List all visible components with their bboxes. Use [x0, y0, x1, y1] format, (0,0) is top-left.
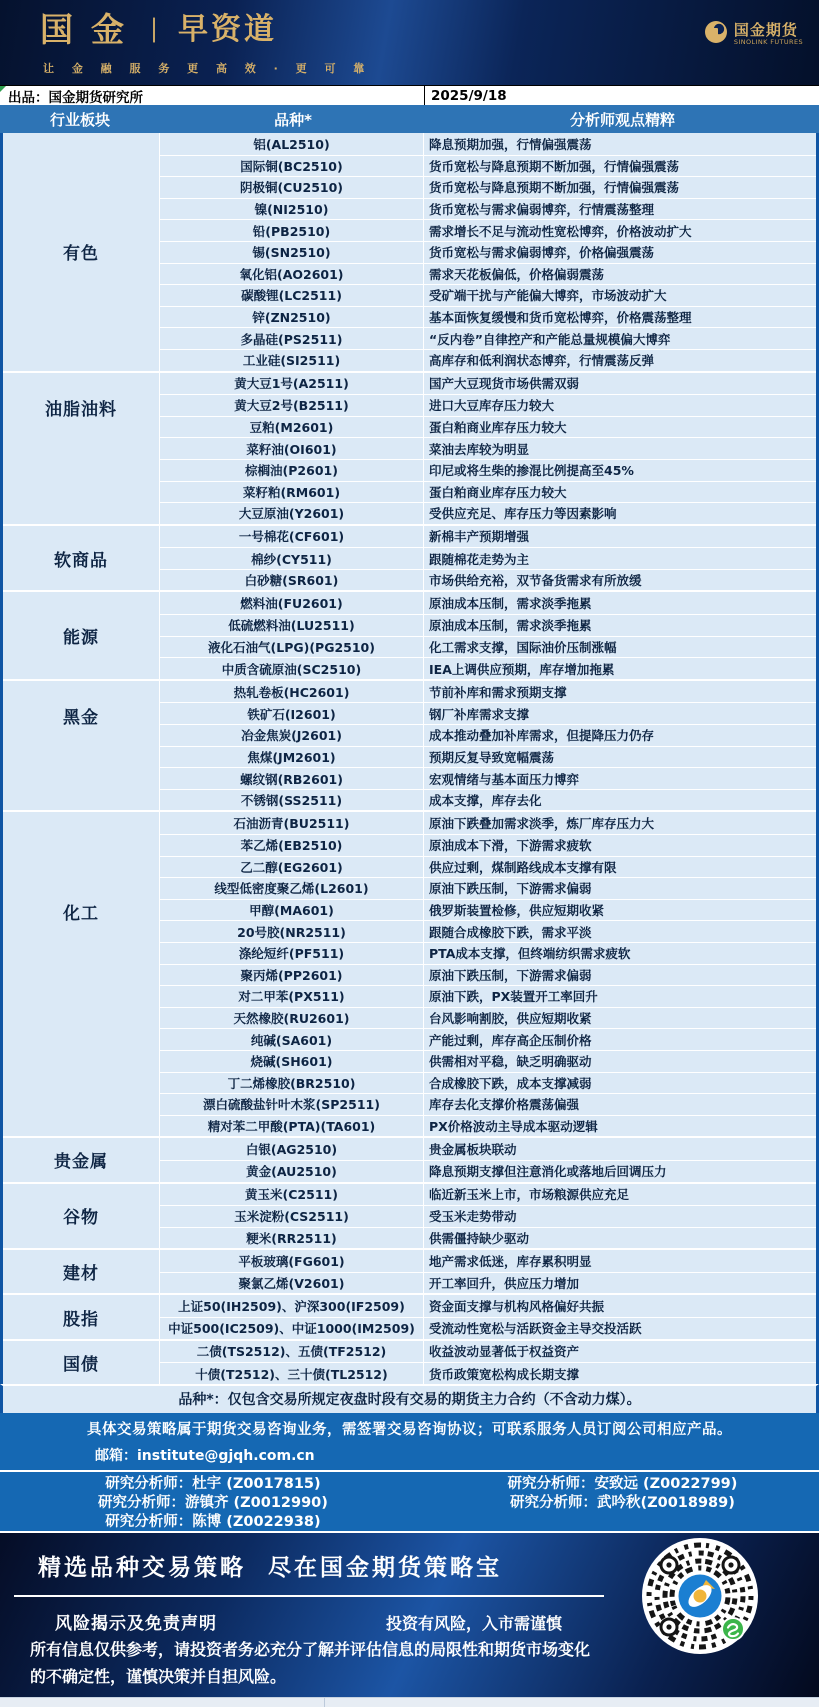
table-row: 锌(ZN2510)基本面恢复缓慢和货币宽松博弈，价格震荡整理 [160, 306, 816, 328]
analyst-view-cell: 蛋白粕商业库存压力较大 [424, 482, 816, 503]
table-row: 漂白硫酸盐针叶木浆(SP2511)库存去化支撑价格震荡偏强 [160, 1093, 816, 1115]
table-row: 燃料油(FU2601)原油成本压制，需求淡季拖累 [160, 592, 816, 614]
analyst-view-cell: PTA成本支撑，但终端纺织需求疲软 [424, 943, 816, 964]
product-cell: 低硫燃料油(LU2511) [160, 615, 424, 636]
product-cell: 锡(SN2510) [160, 242, 424, 263]
sector-rows: 二债(TS2512)、五债(TF2512)收益波动显著低于权益资产十债(T251… [160, 1341, 816, 1384]
strip-segment [0, 1698, 325, 1707]
table-row: 黄金(AU2510)降息预期支撑但注意消化或落地后回调压力 [160, 1160, 816, 1182]
product-cell: 大豆原油(Y2601) [160, 503, 424, 524]
product-cell: 燃料油(FU2601) [160, 592, 424, 614]
analyst-view-cell: 国产大豆现货市场供需双弱 [424, 373, 816, 395]
table-header-row: 行业板块 品种* 分析师观点精粹 [0, 105, 819, 133]
analyst-view-cell: 货币宽松与需求偏弱博弈，价格偏强震荡 [424, 242, 816, 263]
sector-group: 谷物黄玉米(C2511)临近新玉米上市，市场粮源供应充足玉米淀粉(CS2511)… [3, 1182, 816, 1249]
table-row: 棉纱(CY511)跟随棉花走势为主 [160, 547, 816, 569]
product-cell: 聚氯乙烯(V2601) [160, 1273, 424, 1294]
product-cell: 白银(AG2510) [160, 1138, 424, 1160]
table-row: 螺纹钢(RB2601)宏观情绪与基本面压力博弈 [160, 767, 816, 789]
sector-rows: 石油沥青(BU2511)原油下跌叠加需求淡季，炼厂库存压力大苯乙烯(EB2510… [160, 812, 816, 1136]
product-cell: 阴极铜(CU2510) [160, 177, 424, 198]
sector-cell: 黑金 [3, 681, 160, 811]
product-cell: 碳酸锂(LC2511) [160, 285, 424, 306]
analyst-entry: 研究分析师：武吟秋(Z0018989) [510, 1494, 735, 1513]
product-cell: 黄金(AU2510) [160, 1161, 424, 1182]
table-row: 阴极铜(CU2510)货币宽松与降息预期不断加强，行情偏强震荡 [160, 176, 816, 198]
analyst-view-cell: 宏观情绪与基本面压力博弈 [424, 768, 816, 789]
analyst-view-cell: 原油成本压制，需求淡季拖累 [424, 592, 816, 614]
analyst-entry: 研究分析师：安致远 (Z0022799) [507, 1475, 737, 1494]
product-cell: 豆粕(M2601) [160, 417, 424, 438]
product-cell: 漂白硫酸盐针叶木浆(SP2511) [160, 1094, 424, 1115]
product-cell: 黄大豆2号(B2511) [160, 395, 424, 416]
analyst-view-cell: 库存去化支撑价格震荡偏强 [424, 1094, 816, 1115]
sector-cell: 有色 [3, 133, 160, 371]
sector-rows: 白银(AG2510)贵金属板块联动黄金(AU2510)降息预期支撑但注意消化或落… [160, 1138, 816, 1181]
analyst-view-cell: 原油成本下滑，下游需求疲软 [424, 835, 816, 856]
promo-disclaimer-section: 精选品种交易策略 尽在国金期货策略宝 风险揭示及免责声明 投资有风险，入市需谨慎… [0, 1533, 819, 1697]
analyst-view-cell: “反内卷”自律控产和产能总量规模偏大博弈 [424, 328, 816, 349]
corner-brand-text: 国金期货 SINOLINK FUTURES [734, 22, 803, 46]
product-cell: 线型低密度聚乙烯(L2601) [160, 878, 424, 899]
sector-group: 能源燃料油(FU2601)原油成本压制，需求淡季拖累低硫燃料油(LU2511)原… [3, 590, 816, 678]
analyst-view-cell: 成本支撑，库存去化 [424, 790, 816, 811]
product-cell: 棕榈油(P2601) [160, 460, 424, 481]
analyst-view-cell: 开工率回升，供应压力增加 [424, 1273, 816, 1294]
wechat-icon [722, 1618, 744, 1640]
table-row: 十债(T2512)、三十债(TL2512)货币政策宽松构成长期支撑 [160, 1362, 816, 1384]
meta-bar: 出品：国金期货研究所 2025/9/18 [0, 85, 819, 105]
analyst-view-cell: 受矿端干扰与产能偏大博弈，市场波动扩大 [424, 285, 816, 306]
product-cell: 对二甲苯(PX511) [160, 986, 424, 1007]
table-row: 一号棉花(CF601)新棉丰产预期增强 [160, 526, 816, 548]
table-row: 菜籽粕(RM601)蛋白粕商业库存压力较大 [160, 481, 816, 503]
sector-cell: 软商品 [3, 526, 160, 591]
contact-band: 具体交易策略属于期货交易咨询业务，需签署交易咨询协议；可联系服务人员订阅公司相应… [0, 1413, 819, 1533]
product-cell: 聚丙烯(PP2601) [160, 965, 424, 986]
cell-flag-icon [0, 86, 6, 92]
table-row: 精对苯二甲酸(PTA)(TA601)PX价格波动主导成本驱动逻辑 [160, 1115, 816, 1137]
analyst-view-cell: PX价格波动主导成本驱动逻辑 [424, 1116, 816, 1137]
analyst-view-cell: 贵金属板块联动 [424, 1138, 816, 1160]
table-row: 铁矿石(I2601)钢厂补库需求支撑 [160, 702, 816, 724]
table-row: 对二甲苯(PX511)原油下跌，PX装置开工率回升 [160, 985, 816, 1007]
table-row: 菜籽油(OI601)菜油去库较为明显 [160, 437, 816, 459]
analyst-view-cell: 节前补库和需求预期支撑 [424, 681, 816, 703]
analyst-view-cell: 新棉丰产预期增强 [424, 526, 816, 548]
sector-cell: 油脂油料 [3, 373, 160, 524]
coin-icon [704, 20, 728, 48]
table-row: 中质含硫原油(SC2510)IEA上调供应预期，库存增加拖累 [160, 657, 816, 679]
table-row: 中证500(IC2509)、中证1000(IM2509)受流动性宽松与活跃资金主… [160, 1317, 816, 1339]
analyst-view-cell: 原油下跌，PX装置开工率回升 [424, 986, 816, 1007]
bottom-strip [0, 1697, 819, 1707]
slogan-underline [14, 1595, 604, 1597]
producer-label: 出品：国金期货研究所 [0, 86, 424, 106]
risk-disclaimer-body: 所有信息仅供参考，请投资者务必充分了解并评估信息的局限性和期货市场变化的不确定性… [30, 1636, 602, 1690]
corner-brand: 国金期货 SINOLINK FUTURES [704, 20, 803, 48]
table-row: 国际铜(BC2510)货币宽松与降息预期不断加强，行情偏强震荡 [160, 155, 816, 177]
analyst-view-cell: 供需僵持缺少驱动 [424, 1228, 816, 1249]
product-cell: 玉米淀粉(CS2511) [160, 1206, 424, 1227]
product-cell: 乙二醇(EG2601) [160, 857, 424, 878]
analyst-view-cell: 成本推动叠加补库需求，但提降压力仍存 [424, 725, 816, 746]
sector-cell: 建材 [3, 1250, 160, 1293]
table-row: 焦煤(JM2601)预期反复导致宽幅震荡 [160, 746, 816, 768]
sector-rows: 黄玉米(C2511)临近新玉米上市，市场粮源供应充足玉米淀粉(CS2511)受玉… [160, 1184, 816, 1249]
table-row: 苯乙烯(EB2510)原油成本下滑，下游需求疲软 [160, 834, 816, 856]
product-cell: 粳米(RR2511) [160, 1228, 424, 1249]
sector-group: 贵金属白银(AG2510)贵金属板块联动黄金(AU2510)降息预期支撑但注意消… [3, 1136, 816, 1181]
analyst-view-cell: 地产需求低迷，库存累积明显 [424, 1250, 816, 1272]
analyst-entry: 研究分析师：游镇齐 (Z0012990) [98, 1494, 328, 1513]
product-cell: 菜籽粕(RM601) [160, 482, 424, 503]
table-row: 冶金焦炭(J2601)成本推动叠加补库需求，但提降压力仍存 [160, 724, 816, 746]
table-row: 豆粕(M2601)蛋白粕商业库存压力较大 [160, 416, 816, 438]
contact-divider [0, 1470, 819, 1472]
table-row: 低硫燃料油(LU2511)原油成本压制，需求淡季拖累 [160, 614, 816, 636]
product-cell: 螺纹钢(RB2601) [160, 768, 424, 789]
analyst-view-cell: 原油下跌叠加需求淡季，炼厂库存压力大 [424, 812, 816, 834]
product-cell: 上证50(IH2509)、沪深300(IF2509) [160, 1295, 424, 1317]
analyst-view-cell: 进口大豆库存压力较大 [424, 395, 816, 416]
analyst-view-cell: 收益波动显著低于权益资产 [424, 1341, 816, 1363]
product-cell: 20号胶(NR2511) [160, 921, 424, 942]
col-header-view: 分析师观点精粹 [426, 105, 819, 133]
table-row: 天然橡胶(RU2601)台风影响割胶，供应短期收紧 [160, 1007, 816, 1029]
analyst-view-cell: 需求增长不足与流动性宽松博弈，价格波动扩大 [424, 220, 816, 241]
analyst-view-cell: 货币政策宽松构成长期支撑 [424, 1363, 816, 1384]
risk-caution: 投资有风险，入市需谨慎 [386, 1611, 562, 1634]
sector-rows: 一号棉花(CF601)新棉丰产预期增强棉纱(CY511)跟随棉花走势为主白砂糖(… [160, 526, 816, 591]
table-row: 锡(SN2510)货币宽松与需求偏弱博弈，价格偏强震荡 [160, 241, 816, 263]
analyst-view-cell: 预期反复导致宽幅震荡 [424, 747, 816, 768]
sector-group: 油脂油料黄大豆1号(A2511)国产大豆现货市场供需双弱黄大豆2号(B2511)… [3, 371, 816, 524]
product-cell: 苯乙烯(EB2510) [160, 835, 424, 856]
product-cell: 二债(TS2512)、五债(TF2512) [160, 1341, 424, 1363]
logo-divider: ｜ [142, 11, 166, 46]
analyst-list: 研究分析师：杜宇 (Z0017815) 研究分析师：游镇齐 (Z0012990)… [0, 1475, 819, 1532]
table-row: 棕榈油(P2601)印尼或将生柴的掺混比例提高至45% [160, 459, 816, 481]
analyst-view-cell: 跟随棉花走势为主 [424, 548, 816, 569]
product-cell: 甲醇(MA601) [160, 900, 424, 921]
product-cell: 铁矿石(I2601) [160, 703, 424, 724]
product-cell: 中质含硫原油(SC2510) [160, 658, 424, 679]
table-row: 20号胶(NR2511)跟随合成橡胶下跌，需求平淡 [160, 920, 816, 942]
table-row: 线型低密度聚乙烯(L2601)原油下跌压制，下游需求偏弱 [160, 877, 816, 899]
table-row: 工业硅(SI2511)高库存和低利润状态博弈，行情震荡反弹 [160, 349, 816, 371]
product-cell: 十债(T2512)、三十债(TL2512) [160, 1363, 424, 1384]
sector-rows: 热轧卷板(HC2601)节前补库和需求预期支撑铁矿石(I2601)钢厂补库需求支… [160, 681, 816, 811]
analyst-view-cell: 产能过剩，库存高企压制价格 [424, 1029, 816, 1050]
analyst-view-cell: 货币宽松与需求偏弱博弈，行情震荡整理 [424, 199, 816, 220]
table-row: 二债(TS2512)、五债(TF2512)收益波动显著低于权益资产 [160, 1341, 816, 1363]
table-row: 黄大豆2号(B2511)进口大豆库存压力较大 [160, 394, 816, 416]
analyst-view-cell: 资金面支撑与机构风格偏好共振 [424, 1295, 816, 1317]
product-cell: 锌(ZN2510) [160, 307, 424, 328]
table-row: 玉米淀粉(CS2511)受玉米走势带动 [160, 1205, 816, 1227]
product-cell: 国际铜(BC2510) [160, 156, 424, 177]
product-cell: 冶金焦炭(J2601) [160, 725, 424, 746]
product-cell: 中证500(IC2509)、中证1000(IM2509) [160, 1318, 424, 1339]
product-cell: 丁二烯橡胶(BR2510) [160, 1073, 424, 1094]
table-row: 粳米(RR2511)供需僵持缺少驱动 [160, 1227, 816, 1249]
sector-cell: 能源 [3, 592, 160, 678]
table-row: 乙二醇(EG2601)供应过剩，煤制路线成本支撑有限 [160, 856, 816, 878]
table-row: 涤纶短纤(PF511)PTA成本支撑，但终端纺织需求疲软 [160, 942, 816, 964]
table-row: 黄玉米(C2511)临近新玉米上市，市场粮源供应充足 [160, 1184, 816, 1206]
product-cell: 黄玉米(C2511) [160, 1184, 424, 1206]
product-cell: 热轧卷板(HC2601) [160, 681, 424, 703]
product-cell: 白砂糖(SR601) [160, 570, 424, 591]
qr-code [641, 1537, 759, 1655]
table-row: 镍(NI2510)货币宽松与需求偏弱博弈，行情震荡整理 [160, 198, 816, 220]
sector-rows: 黄大豆1号(A2511)国产大豆现货市场供需双弱黄大豆2号(B2511)进口大豆… [160, 373, 816, 524]
analyst-view-cell: 供应过剩，煤制路线成本支撑有限 [424, 857, 816, 878]
table-row: 甲醇(MA601)俄罗斯装置检修，供应短期收紧 [160, 899, 816, 921]
sector-cell: 化工 [3, 812, 160, 1136]
col-header-sector: 行业板块 [0, 105, 160, 133]
analyst-view-cell: 菜油去库较为明显 [424, 438, 816, 459]
logo-guojin-text: 国金 [40, 10, 142, 50]
brand-name-en: SINOLINK FUTURES [734, 39, 803, 46]
sector-rows: 上证50(IH2509)、沪深300(IF2509)资金面支撑与机构风格偏好共振… [160, 1295, 816, 1338]
analyst-column-left: 研究分析师：杜宇 (Z0017815) 研究分析师：游镇齐 (Z0012990)… [0, 1475, 426, 1532]
analyst-view-cell: 原油下跌压制，下游需求偏弱 [424, 965, 816, 986]
table-row: 平板玻璃(FG601)地产需求低迷，库存累积明显 [160, 1250, 816, 1272]
table-row: 铝(AL2510)降息预期加强，行情偏强震荡 [160, 133, 816, 155]
subscription-notice: 具体交易策略属于期货交易咨询业务，需签署交易咨询协议；可联系服务人员订阅公司相应… [0, 1418, 819, 1443]
product-cell: 石油沥青(BU2511) [160, 812, 424, 834]
sector-group: 软商品一号棉花(CF601)新棉丰产预期增强棉纱(CY511)跟随棉花走势为主白… [3, 524, 816, 591]
analyst-column-right: 研究分析师：安致远 (Z0022799) 研究分析师：武吟秋(Z0018989) [426, 1475, 819, 1532]
table-row: 白砂糖(SR601)市场供给充裕，双节备货需求有所放缓 [160, 569, 816, 591]
analyst-view-cell: 台风影响割胶，供应短期收紧 [424, 1008, 816, 1029]
sector-group: 化工石油沥青(BU2511)原油下跌叠加需求淡季，炼厂库存压力大苯乙烯(EB25… [3, 810, 816, 1136]
promo-slogan: 精选品种交易策略 尽在国金期货策略宝 [38, 1549, 502, 1582]
table-row: 石油沥青(BU2511)原油下跌叠加需求淡季，炼厂库存压力大 [160, 812, 816, 834]
brand-logotype: 国金 ｜ 早资道 [40, 10, 277, 50]
analyst-view-cell: 受流动性宽松与活跃资金主导交投活跃 [424, 1318, 816, 1339]
product-cell: 平板玻璃(FG601) [160, 1250, 424, 1272]
analyst-view-cell: 受供应充足、库存压力等因素影响 [424, 503, 816, 524]
analyst-view-cell: 高库存和低利润状态博弈，行情震荡反弹 [424, 350, 816, 371]
table-row: 白银(AG2510)贵金属板块联动 [160, 1138, 816, 1160]
product-cell: 黄大豆1号(A2511) [160, 373, 424, 395]
table-row: 烧碱(SH601)供需相对平稳，缺乏明确驱动 [160, 1050, 816, 1072]
analyst-view-cell: 受玉米走势带动 [424, 1206, 816, 1227]
analyst-view-cell: 货币宽松与降息预期不断加强，行情偏强震荡 [424, 156, 816, 177]
sector-rows: 铝(AL2510)降息预期加强，行情偏强震荡国际铜(BC2510)货币宽松与降息… [160, 133, 816, 371]
product-cell: 天然橡胶(RU2601) [160, 1008, 424, 1029]
email-line: 邮箱：institute@gjqh.com.cn [0, 1443, 819, 1469]
table-row: 热轧卷板(HC2601)节前补库和需求预期支撑 [160, 681, 816, 703]
analyst-view-cell: 货币宽松与降息预期不断加强，行情偏强震荡 [424, 177, 816, 198]
brand-name-cn: 国金期货 [734, 22, 803, 39]
table-row: 液化石油气(LPG)(PG2510)化工需求支撑，国际油价压制涨幅 [160, 636, 816, 658]
analyst-view-cell: 临近新玉米上市，市场粮源供应充足 [424, 1184, 816, 1206]
analyst-view-cell: 基本面恢复缓慢和货币宽松博弈，价格震荡整理 [424, 307, 816, 328]
analyst-view-cell: 原油成本压制，需求淡季拖累 [424, 615, 816, 636]
table-row: 聚氯乙烯(V2601)开工率回升，供应压力增加 [160, 1272, 816, 1294]
product-cell: 多晶硅(PS2511) [160, 328, 424, 349]
col-header-product: 品种* [160, 105, 426, 133]
risk-disclaimer-title: 风险揭示及免责声明 [55, 1609, 217, 1634]
table-row: 黄大豆1号(A2511)国产大豆现货市场供需双弱 [160, 373, 816, 395]
sector-rows: 平板玻璃(FG601)地产需求低迷，库存累积明显聚氯乙烯(V2601)开工率回升… [160, 1250, 816, 1293]
header-banner: 国金 ｜ 早资道 让 金 融 服 务 更 高 效 · 更 可 靠 国金期货 SI… [0, 0, 819, 85]
product-cell: 精对苯二甲酸(PTA)(TA601) [160, 1116, 424, 1137]
product-cell: 工业硅(SI2511) [160, 350, 424, 371]
table-body: 有色铝(AL2510)降息预期加强，行情偏强震荡国际铜(BC2510)货币宽松与… [0, 133, 819, 1384]
analyst-view-cell: 俄罗斯装置检修，供应短期收紧 [424, 900, 816, 921]
product-cell: 一号棉花(CF601) [160, 526, 424, 548]
sector-rows: 燃料油(FU2601)原油成本压制，需求淡季拖累低硫燃料油(LU2511)原油成… [160, 592, 816, 678]
sector-group: 建材平板玻璃(FG601)地产需求低迷，库存累积明显聚氯乙烯(V2601)开工率… [3, 1248, 816, 1293]
morning-report-page: 国金 ｜ 早资道 让 金 融 服 务 更 高 效 · 更 可 靠 国金期货 SI… [0, 0, 819, 1707]
analyst-view-cell: 原油下跌压制，下游需求偏弱 [424, 878, 816, 899]
product-cell: 镍(NI2510) [160, 199, 424, 220]
analyst-view-cell: 降息预期支撑但注意消化或落地后回调压力 [424, 1161, 816, 1182]
sector-group: 国债二债(TS2512)、五债(TF2512)收益波动显著低于权益资产十债(T2… [3, 1339, 816, 1384]
product-cell: 纯碱(SA601) [160, 1029, 424, 1050]
table-row: 大豆原油(Y2601)受供应充足、库存压力等因素影响 [160, 502, 816, 524]
logo-product-name: 早资道 [178, 10, 277, 50]
analyst-view-cell: 蛋白粕商业库存压力较大 [424, 417, 816, 438]
analyst-entry: 研究分析师：杜宇 (Z0017815) [105, 1475, 320, 1494]
product-cell: 铅(PB2510) [160, 220, 424, 241]
table-footnote: 品种*：仅包含交易所规定夜盘时段有交易的期货主力合约（不含动力煤）。 [0, 1384, 819, 1413]
analyst-view-cell: 合成橡胶下跌，成本支撑减弱 [424, 1073, 816, 1094]
analyst-view-cell: 市场供给充裕，双节备货需求有所放缓 [424, 570, 816, 591]
analyst-view-cell: 跟随合成橡胶下跌，需求平淡 [424, 921, 816, 942]
analyst-view-cell: 需求天花板偏低，价格偏弱震荡 [424, 264, 816, 285]
sector-group: 股指上证50(IH2509)、沪深300(IF2509)资金面支撑与机构风格偏好… [3, 1293, 816, 1338]
table-row: 氧化铝(AO2601)需求天花板偏低，价格偏弱震荡 [160, 263, 816, 285]
table-row: 聚丙烯(PP2601)原油下跌压制，下游需求偏弱 [160, 964, 816, 986]
product-cell: 菜籽油(OI601) [160, 438, 424, 459]
strip-segment [325, 1698, 819, 1707]
analyst-view-cell: 钢厂补库需求支撑 [424, 703, 816, 724]
product-cell: 焦煤(JM2601) [160, 747, 424, 768]
product-cell: 棉纱(CY511) [160, 548, 424, 569]
sector-group: 有色铝(AL2510)降息预期加强，行情偏强震荡国际铜(BC2510)货币宽松与… [3, 133, 816, 371]
table-row: 碳酸锂(LC2511)受矿端干扰与产能偏大博弈，市场波动扩大 [160, 284, 816, 306]
product-cell: 不锈钢(SS2511) [160, 790, 424, 811]
analyst-view-cell: 化工需求支撑，国际油价压制涨幅 [424, 637, 816, 658]
table-row: 上证50(IH2509)、沪深300(IF2509)资金面支撑与机构风格偏好共振 [160, 1295, 816, 1317]
product-cell: 铝(AL2510) [160, 133, 424, 155]
sector-cell: 国债 [3, 1341, 160, 1384]
sector-group: 黑金热轧卷板(HC2601)节前补库和需求预期支撑铁矿石(I2601)钢厂补库需… [3, 679, 816, 811]
analyst-view-cell: 降息预期加强，行情偏强震荡 [424, 133, 816, 155]
table-row: 不锈钢(SS2511)成本支撑，库存去化 [160, 789, 816, 811]
product-cell: 涤纶短纤(PF511) [160, 943, 424, 964]
table-row: 铅(PB2510)需求增长不足与流动性宽松博弈，价格波动扩大 [160, 219, 816, 241]
sector-cell: 贵金属 [3, 1138, 160, 1181]
sector-cell: 股指 [3, 1295, 160, 1338]
product-cell: 烧碱(SH601) [160, 1051, 424, 1072]
analyst-view-cell: 印尼或将生柴的掺混比例提高至45% [424, 460, 816, 481]
product-cell: 氧化铝(AO2601) [160, 264, 424, 285]
table-row: 丁二烯橡胶(BR2510)合成橡胶下跌，成本支撑减弱 [160, 1072, 816, 1094]
report-date: 2025/9/18 [425, 88, 507, 104]
table-row: 多晶硅(PS2511)“反内卷”自律控产和产能总量规模偏大博弈 [160, 327, 816, 349]
analyst-view-cell: 供需相对平稳，缺乏明确驱动 [424, 1051, 816, 1072]
sector-cell: 谷物 [3, 1184, 160, 1249]
analyst-entry: 研究分析师：陈博 (Z0022938) [105, 1513, 320, 1532]
brand-tagline: 让 金 融 服 务 更 高 效 · 更 可 靠 [43, 60, 371, 76]
product-cell: 液化石油气(LPG)(PG2510) [160, 637, 424, 658]
table-row: 纯碱(SA601)产能过剩，库存高企压制价格 [160, 1028, 816, 1050]
analyst-view-cell: IEA上调供应预期，库存增加拖累 [424, 658, 816, 679]
